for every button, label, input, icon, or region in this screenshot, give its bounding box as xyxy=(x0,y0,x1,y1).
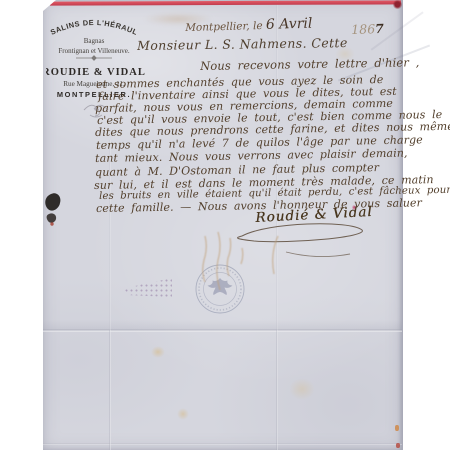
letterhead-sub1: Bagnas xyxy=(84,37,105,45)
letter-paper: SALINS DE L'HÉRAULT Bagnas Frontignan et… xyxy=(43,0,403,450)
edge-stain-speck xyxy=(395,425,399,431)
bleed-through-writing xyxy=(150,228,280,348)
edge-stain-speck xyxy=(396,443,400,448)
body-line-1: Nous recevons votre lettre d'hier , xyxy=(200,55,420,73)
letterhead-arc-title: SALINS DE L'HÉRAULT xyxy=(46,12,139,37)
year-light-digits: 186 xyxy=(351,21,375,37)
red-ink-dot xyxy=(352,205,356,210)
letterhead-sub2: Frontignan et Villeneuve. xyxy=(58,47,129,55)
fold-line-horizontal-bottom xyxy=(43,443,402,445)
scanned-letter-image: SALINS DE L'HÉRAULT Bagnas Frontignan et… xyxy=(0,0,450,450)
letterhead-firm: ROUDIE & VIDAL xyxy=(46,67,146,78)
dateline: Montpellier, le 6 Avril xyxy=(185,16,313,35)
dateline-place: Montpellier, le xyxy=(185,20,263,34)
svg-text:SALINS DE L'HÉRAULT: SALINS DE L'HÉRAULT xyxy=(46,12,139,37)
red-edge-band xyxy=(50,0,401,5)
ink-blot xyxy=(42,190,70,230)
red-edge-mark xyxy=(393,0,402,9)
fold-line-vertical-right-lower xyxy=(276,330,278,450)
year-dark-digit: 7 xyxy=(375,21,384,36)
paper-stain xyxy=(289,378,315,400)
paper-stain xyxy=(177,408,189,420)
dateline-day-month: 6 Avril xyxy=(266,16,313,33)
addressee-line: Monsieur L. S. Nahmens. Cette xyxy=(137,35,348,53)
letterhead-divider xyxy=(76,55,112,61)
dateline-year: 1867 xyxy=(351,21,384,37)
fold-line-vertical-left-lower xyxy=(109,330,111,450)
